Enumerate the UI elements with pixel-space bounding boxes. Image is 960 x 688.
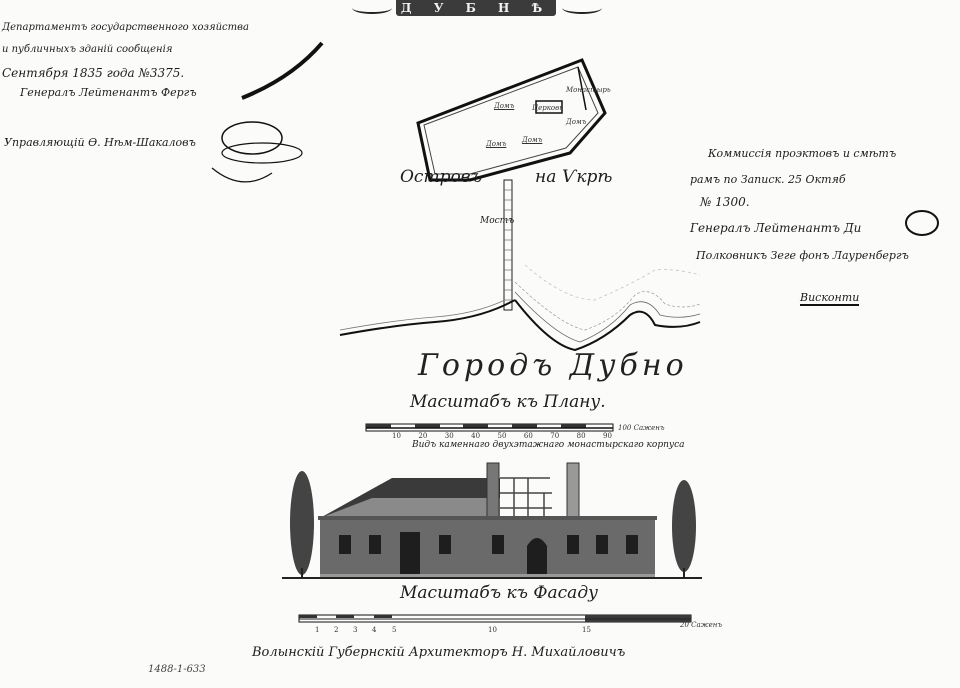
- building-label-3: Домъ: [522, 136, 542, 144]
- building-label-1: Домъ: [494, 102, 514, 110]
- island-label-right: на Ѵкрѣ: [535, 167, 612, 187]
- church-label: Церковь: [532, 104, 563, 112]
- right-approval-line-4: Генералъ Лейтенантъ Ди: [690, 221, 861, 235]
- bridge-label: Мостъ: [480, 216, 514, 226]
- plan-scale-tick: 90: [603, 432, 612, 440]
- plan-scale-tick: 60: [524, 432, 533, 440]
- signature-flourish-icon: [202, 38, 332, 188]
- facade-scale-tick: 2: [334, 626, 338, 634]
- signature-loop-icon: [902, 205, 947, 245]
- monastery-label: Монастырь: [566, 86, 611, 94]
- plan-scale-tick: 10: [392, 432, 401, 440]
- left-approval-line-4: Генералъ Лейтенантъ Фергъ: [20, 86, 197, 99]
- door: [400, 532, 420, 574]
- plan-scale-ticks: 10 20 30 40 50 60 70 80 90: [392, 432, 612, 440]
- plan-scale-title: Масштабъ къ Плану.: [410, 392, 606, 412]
- right-approval-block: Коммиссія проэктовъ и смѣтъ рамъ по Запи…: [690, 145, 960, 310]
- building-label-4: Домъ: [566, 118, 586, 126]
- facade-scale-tick: 5: [392, 626, 396, 634]
- document-title-banner: Д У Б Н Ѣ: [396, 0, 556, 16]
- facade-scale-tick: 1: [315, 626, 319, 634]
- left-approval-block: Департаментъ государственного хозяйства …: [2, 18, 332, 178]
- right-approval-line-5: Полковникъ Зеге фонъ Лауренбергъ: [696, 249, 909, 262]
- left-approval-line-5: Управляющій Ѳ. Нѣм-Шакаловъ: [4, 136, 196, 149]
- right-approval-line-1: Коммиссія проэктовъ и смѣтъ: [708, 147, 896, 160]
- plan-scale-unit: 100 Саженъ: [618, 424, 665, 432]
- facade-drawing: [282, 458, 702, 583]
- plan-scale-tick: 70: [550, 432, 559, 440]
- island-label-left: Островъ: [400, 167, 482, 187]
- facade-scale-unit: 20 Саженъ: [680, 621, 722, 629]
- left-approval-line-1: Департаментъ государственного хозяйства: [2, 22, 249, 33]
- facade-scale-tick: 3: [353, 626, 357, 634]
- plan-scale-tick: 30: [445, 432, 454, 440]
- left-approval-line-3: Сентября 1835 года №3375.: [2, 66, 184, 80]
- left-approval-line-2: и публичныхъ зданій сообщенія: [2, 44, 172, 55]
- right-approval-line-3: № 1300.: [700, 195, 750, 209]
- city-title: Городъ Дубно: [418, 348, 688, 383]
- facade-scale-title: Масштабъ къ Фасаду: [400, 583, 598, 603]
- facade-caption: Видъ каменнаго двухэтажнаго монастырскаг…: [412, 440, 685, 450]
- plan-scale-tick: 80: [577, 432, 586, 440]
- plan-scale-tick: 40: [471, 432, 480, 440]
- facade-scale-tick: 10: [488, 626, 497, 634]
- plan-scale-tick: 50: [498, 432, 507, 440]
- facade-scale-tick: 15: [582, 626, 591, 634]
- building-label-2: Домъ: [486, 140, 506, 148]
- right-approval-line-6: Висконти: [800, 291, 859, 306]
- facade-scale-bar: [298, 612, 693, 626]
- facade-scale-tick: 4: [372, 626, 376, 634]
- river-bank-drawing: [335, 230, 705, 360]
- architect-signature: Волынскій Губернскій Архитекторъ Н. Миха…: [252, 645, 625, 660]
- banner-flourish-right: [562, 2, 602, 14]
- right-approval-line-2: рамъ по Записк. 25 Октяб: [690, 173, 846, 186]
- banner-flourish-left: [352, 2, 392, 14]
- plan-scale-tick: 20: [418, 432, 427, 440]
- archive-number: 1488-1-633: [148, 664, 206, 675]
